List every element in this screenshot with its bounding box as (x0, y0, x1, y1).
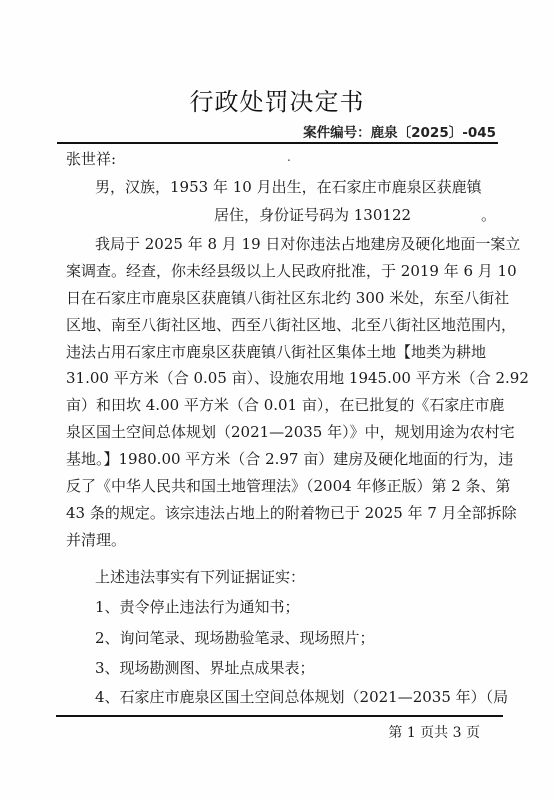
stray-mark: . (287, 150, 291, 164)
body-line-5: 日在石家庄市鹿泉区获鹿镇八街社区东北约 300 米处，东至八街社 (66, 287, 509, 308)
body-line-2: 居住，身份证号码为 130122 (214, 204, 411, 225)
body-line-3: 我局于 2025 年 8 月 19 日对你违法占地建房及硬化地面一案立 (95, 233, 520, 254)
body-line-8: 31.00 平方米（合 0.05 亩）、设施农用地 1945.00 平方米（合 … (66, 367, 529, 388)
body-line-10: 泉区国土空间总体规划（2021—2035 年）》中，规划用途为农村宅 (66, 421, 515, 442)
body-line-4: 案调查。经查，你未经县级以上人民政府批准，于 2019 年 6 月 10 (66, 260, 517, 281)
body-line-6: 区地、南至八街社区地、西至八街社区地、北至八街社区地范围内， (66, 314, 516, 335)
page-number: 第 1 页共 3 页 (388, 722, 480, 742)
body-line-9: 亩）和田坎 4.00 平方米（合 0.01 亩），在已批复的《石家庄市鹿 (66, 394, 504, 415)
body-line-11: 基地。】1980.00 平方米（合 2.97 亩）建房及硬化地面的行为，违 (66, 448, 513, 469)
body-line-12: 反了《中华人民共和国土地管理法》（2004 年修正版）第 2 条、第 (66, 475, 511, 496)
evidence-item-4: 4、石家庄市鹿泉区国土空间总体规划（2021—2035 年）（局 (95, 686, 508, 707)
body-line-14: 并清理。 (66, 529, 126, 550)
evidence-item-2: 2、询问笔录、现场勘验笔录、现场照片； (95, 627, 375, 648)
body-line-7: 违法占用石家庄市鹿泉区获鹿镇八街社区集体土地【地类为耕地 (66, 341, 486, 362)
header-divider (57, 142, 498, 144)
evidence-item-3: 3、现场勘测图、界址点成果表； (95, 657, 315, 678)
body-line-1: 男，汉族，1953 年 10 月出生，在石家庄市鹿泉区获鹿镇 (95, 176, 482, 197)
document-page: 行政处罚决定书 案件编号：鹿泉〔2025〕-045 张世祥: . 男，汉族，19… (0, 0, 554, 800)
id-end-mark: 。 (481, 204, 496, 225)
document-title: 行政处罚决定书 (0, 82, 554, 117)
footer-divider (56, 715, 503, 717)
evidence-heading: 上述违法事实有下列证据证实： (95, 566, 305, 587)
body-line-13: 43 条的规定。该宗违法占地上的附着物已于 2025 年 7 月全部拆除 (66, 502, 517, 523)
evidence-item-1: 1、责令停止违法行为通知书； (95, 596, 300, 617)
case-number: 案件编号：鹿泉〔2025〕-045 (303, 121, 496, 141)
addressee: 张世祥: (66, 148, 116, 169)
